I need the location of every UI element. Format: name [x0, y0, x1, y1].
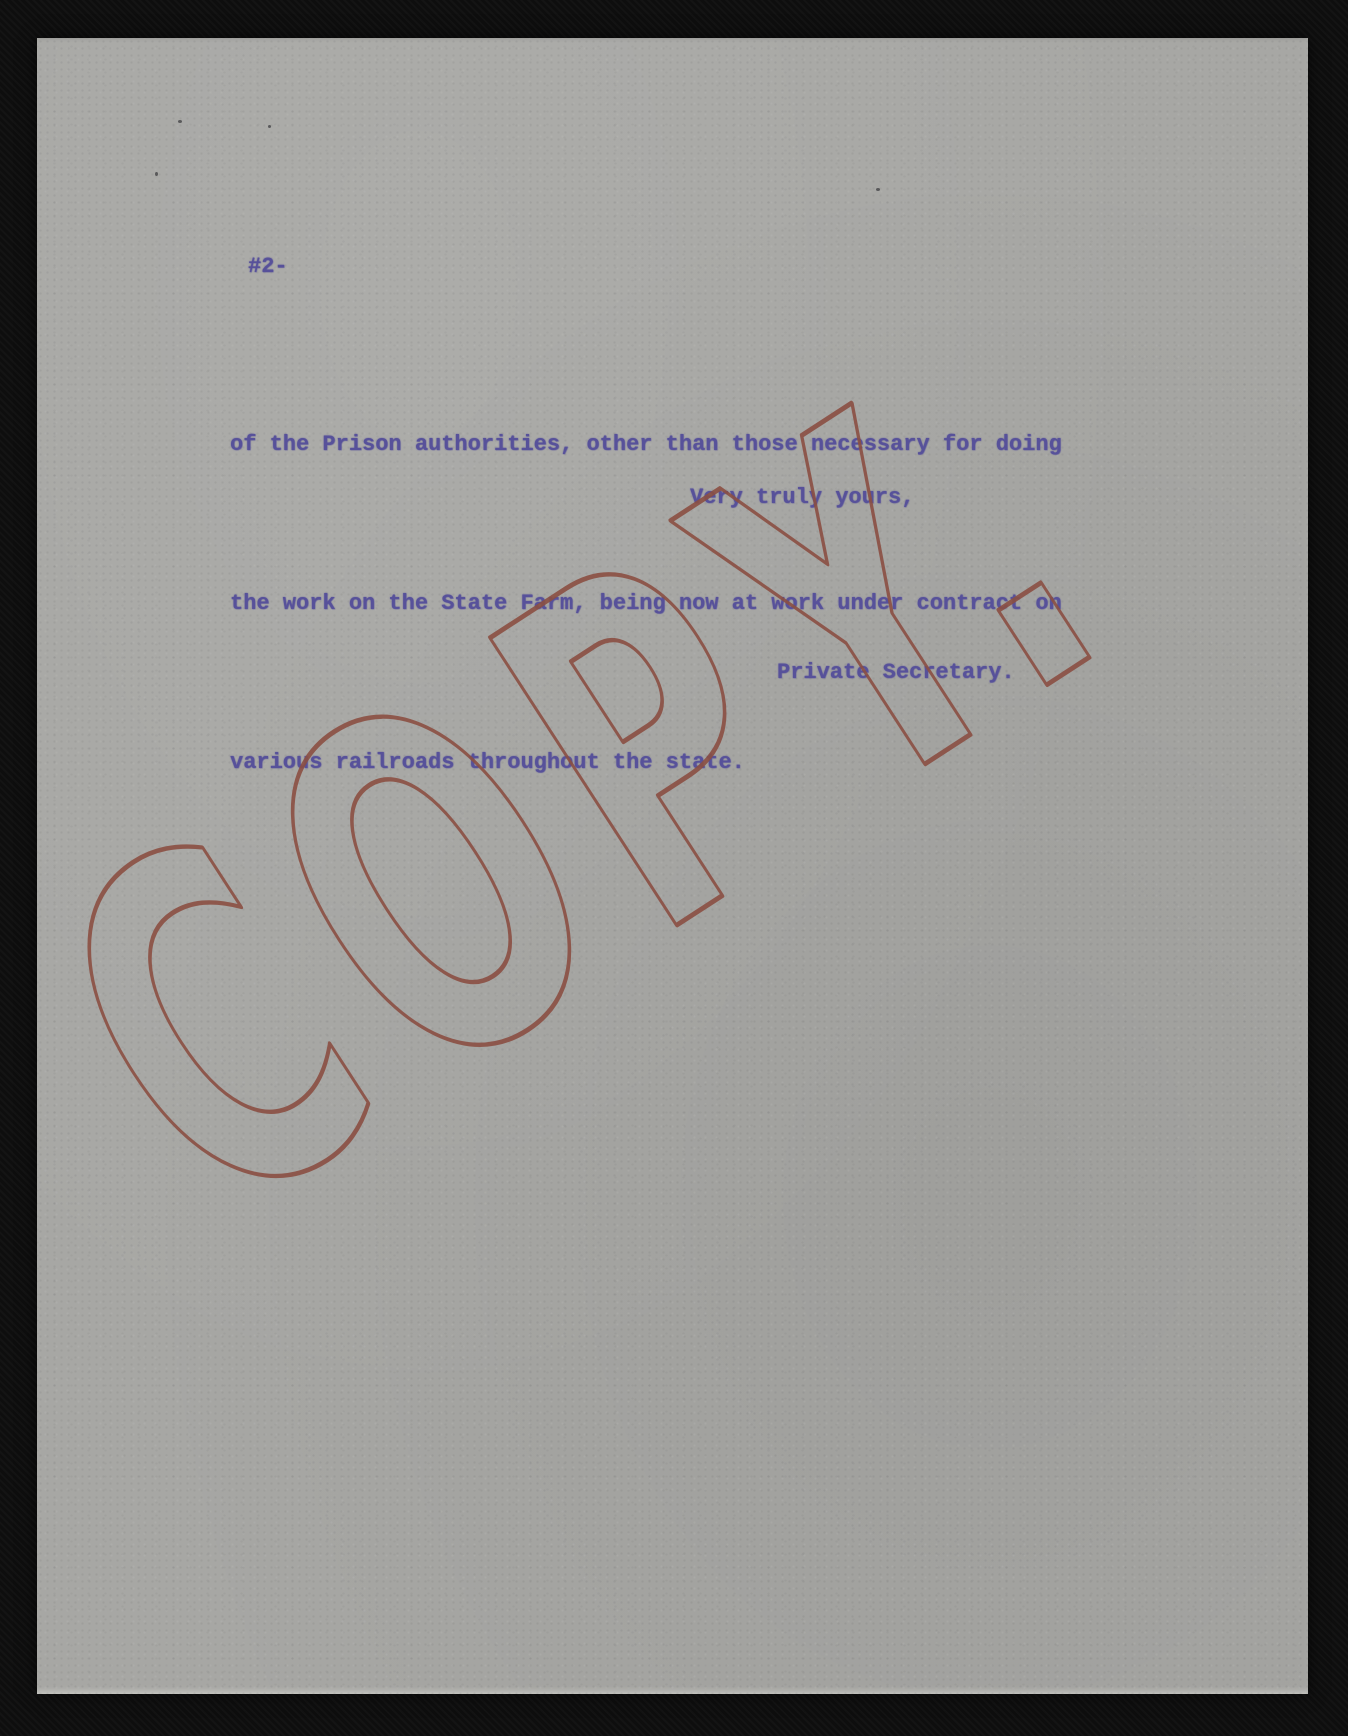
body-line: various railroads throughout the state.: [230, 736, 1062, 789]
paper-speck: [178, 120, 182, 123]
body-line: the work on the State Farm, being now at…: [230, 577, 1062, 630]
paper-speck: [268, 125, 271, 128]
page-number: #2-: [248, 254, 288, 279]
document-page: #2- of the Prison authorities, other tha…: [37, 38, 1308, 1694]
signature-title: Private Secretary.: [777, 646, 1015, 699]
letter-body: of the Prison authorities, other than th…: [230, 312, 1062, 895]
paper-speck: [155, 172, 158, 176]
body-line: of the Prison authorities, other than th…: [230, 418, 1062, 471]
paper-speck: [876, 188, 880, 191]
closing-salutation: Very truly yours,: [690, 471, 914, 524]
